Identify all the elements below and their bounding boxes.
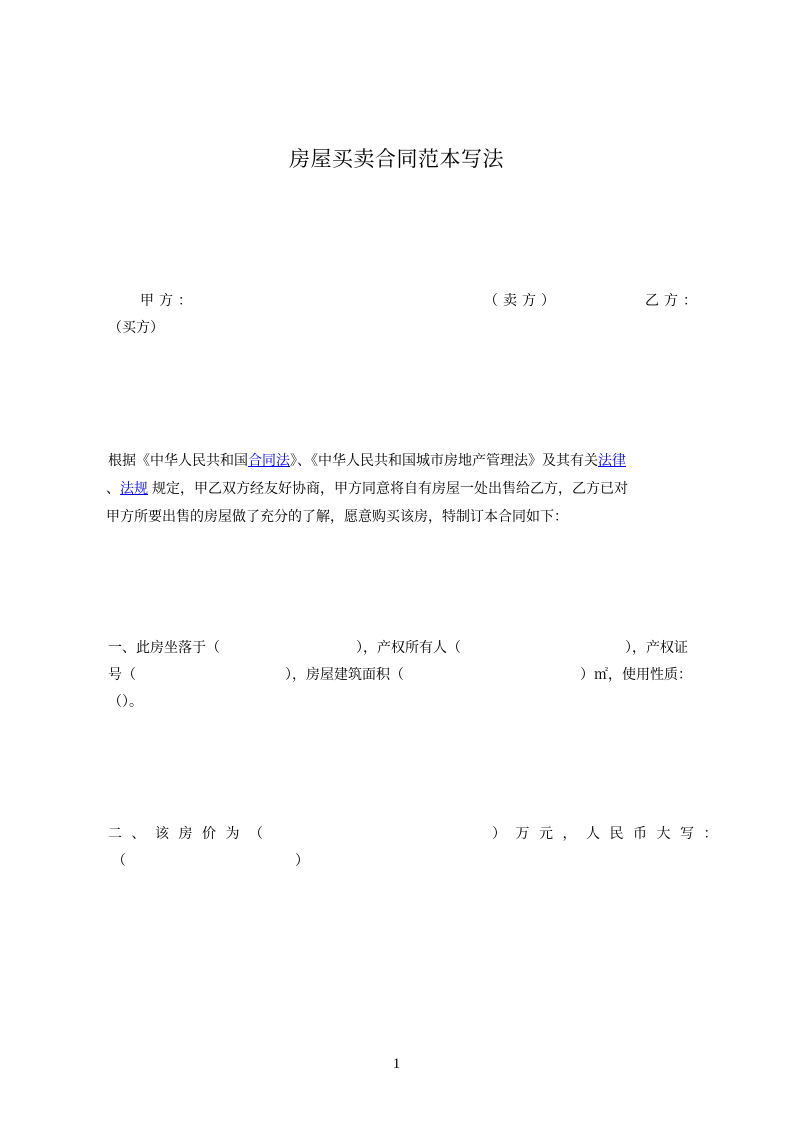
clause2-part-a: 二、该房价为（ bbox=[108, 824, 273, 844]
clause1-part-c: ），产权证 bbox=[625, 638, 688, 658]
preamble-text: 》、《中华人民共和国城市房地产管理法》及其有关 bbox=[290, 453, 598, 469]
clause1-line2-b: ），房屋建筑面积（ bbox=[285, 665, 404, 685]
clause1-line2-a: 号（ bbox=[108, 665, 136, 685]
clause2-line2-a: （ bbox=[112, 851, 126, 871]
preamble-text: 根据《中华人民共和国 bbox=[108, 453, 248, 469]
clause1-part-a: 一、此房坐落于（ bbox=[108, 638, 220, 658]
regulations-link[interactable]: 法规 bbox=[120, 481, 148, 497]
party-b-label: 乙方： bbox=[645, 291, 702, 311]
preamble-line-2: 、法规规定，甲乙双方经友好协商，甲方同意将自有房屋一处出售给乙方，乙方已对 bbox=[106, 479, 628, 499]
preamble-text: 规定，甲乙双方经友好协商，甲方同意将自有房屋一处出售给乙方，乙方已对 bbox=[152, 481, 628, 497]
seller-note: （卖方） bbox=[484, 291, 560, 311]
law-link[interactable]: 法律 bbox=[598, 453, 626, 469]
clause2-part-b: ）万元，人民币大写： bbox=[492, 824, 727, 844]
party-a-label: 甲方： bbox=[140, 291, 197, 311]
document-page: 房屋买卖合同范本写法 甲方： （卖方） 乙方： （买方） 根据《中华人民共和国合… bbox=[0, 0, 793, 1122]
clause1-line2-c: ）㎡，使用性质： bbox=[580, 665, 692, 685]
preamble-text: 、 bbox=[106, 481, 120, 497]
preamble-line-1: 根据《中华人民共和国合同法》、《中华人民共和国城市房地产管理法》及其有关法律 bbox=[108, 451, 626, 471]
contract-law-link[interactable]: 合同法 bbox=[248, 453, 290, 469]
buyer-note: （买方） bbox=[108, 318, 164, 338]
clause1-line3: （）。 bbox=[108, 692, 143, 712]
page-number: 1 bbox=[0, 1056, 793, 1073]
clause2-line2-b: ） bbox=[295, 851, 309, 871]
preamble-line-3: 甲方所要出售的房屋做了充分的了解，愿意购买该房，特制订本合同如下： bbox=[106, 507, 568, 527]
clause1-part-b: ），产权所有人（ bbox=[356, 638, 461, 658]
document-title: 房屋买卖合同范本写法 bbox=[0, 143, 793, 173]
